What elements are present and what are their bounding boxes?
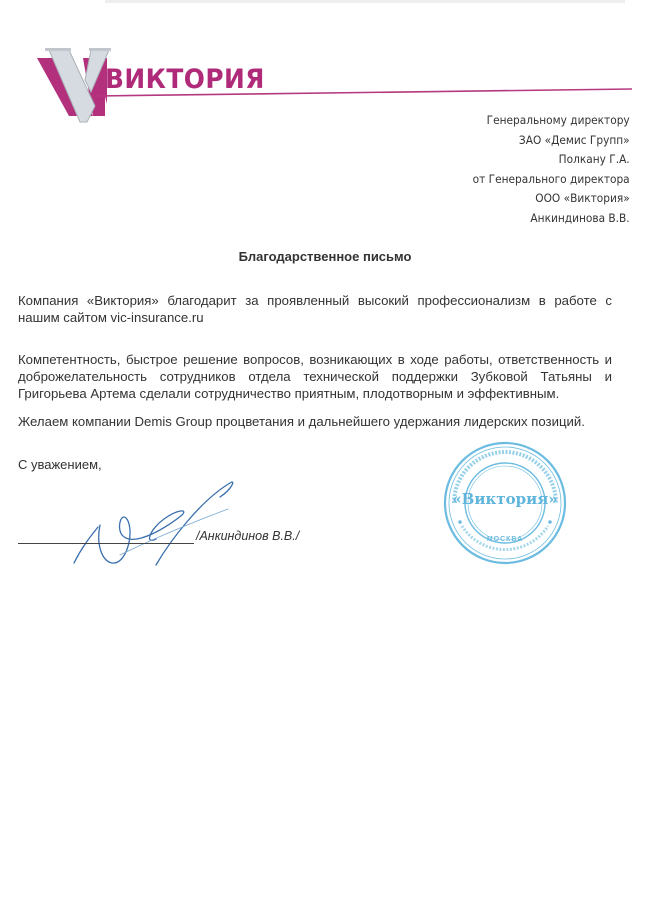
stamp-company-name: «Виктория»	[440, 490, 570, 508]
body-paragraph: Компания «Виктория» благодарит за проявл…	[18, 292, 612, 326]
recipient-line: от Генерального директора	[473, 170, 630, 190]
stamp-city: МОСКВА	[440, 536, 570, 543]
recipient-line: Генеральному директору	[473, 111, 630, 131]
body-paragraph: Компетентность, быстрое решение вопросов…	[18, 351, 612, 402]
signature-line	[18, 543, 194, 544]
closing-salutation: С уважением,	[18, 457, 102, 472]
recipient-block: Генеральному директору ЗАО «Демис Групп»…	[473, 111, 630, 228]
recipient-line: ООО «Виктория»	[473, 189, 630, 209]
body-paragraph: Желаем компании Demis Group процветания …	[18, 413, 612, 430]
recipient-line: Анкиндинова В.В.	[473, 209, 630, 229]
letter-title: Благодарственное письмо	[0, 249, 650, 264]
signatory-name: /Анкиндинов В.В./	[196, 529, 299, 543]
scan-edge	[105, 0, 625, 3]
brand-name: ВИКТОРИЯ	[105, 64, 265, 95]
recipient-line: ЗАО «Демис Групп»	[473, 131, 630, 151]
recipient-line: Полкану Г.А.	[473, 150, 630, 170]
